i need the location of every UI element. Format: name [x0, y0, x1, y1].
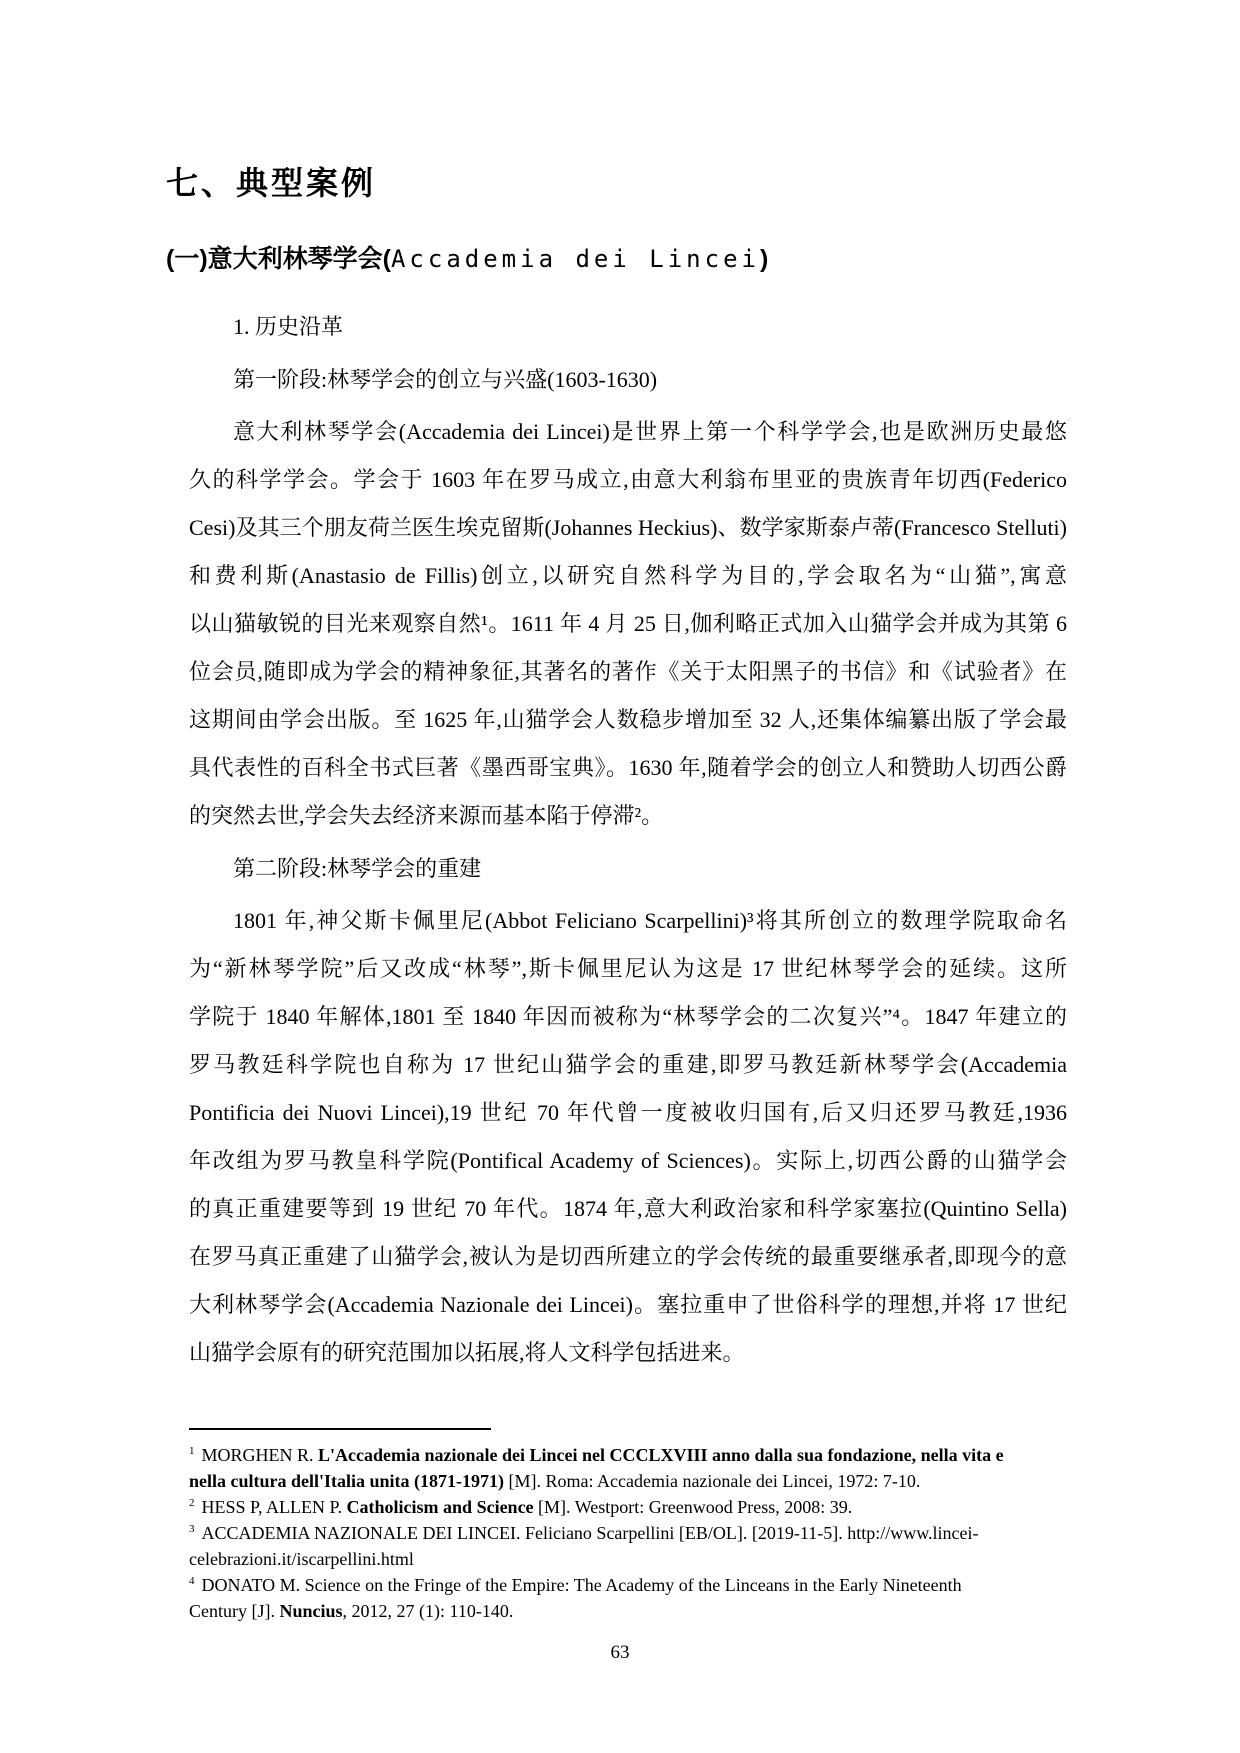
footnote-line: 2HESS P, ALLEN P. Catholicism and Scienc…: [189, 1494, 1067, 1520]
body-line: 1801 年,神父斯卡佩里尼(Abbot Feliciano Scarpelli…: [189, 897, 1067, 945]
footnote-separator: [189, 1428, 491, 1430]
footnote-text-bold: Nuncius: [279, 1601, 342, 1621]
body-line: 年改组为罗马教皇科学院(Pontifical Academy of Scienc…: [189, 1137, 1067, 1185]
body-line: 学院于 1840 年解体,1801 至 1840 年因而被称为“林琴学会的二次复…: [189, 993, 1067, 1041]
body-line: 久的科学学会。学会于 1603 年在罗马成立,由意大利翁布里亚的贵族青年切西(F…: [189, 456, 1067, 504]
footnote-text: Century [J].: [189, 1601, 279, 1621]
body-line: 罗马教廷科学院也自称为 17 世纪山猫学会的重建,即罗马教廷新林琴学会(Acca…: [189, 1041, 1067, 1089]
footnotes: 1MORGHEN R. L'Accademia nazionale dei Li…: [189, 1428, 1067, 1624]
footnote-text: celebrazioni.it/iscarpellini.html: [189, 1549, 414, 1569]
stage2-heading: 第二阶段:林琴学会的重建: [189, 845, 1067, 893]
footnote: 4DONATO M. Science on the Fringe of the …: [189, 1572, 1067, 1624]
body-text: 1. 历史沿革 第一阶段:林琴学会的创立与兴盛(1603-1630) 意大利林琴…: [189, 303, 1067, 1377]
document-page: 七、典型案例 (一)意大利林琴学会(Accademia dei Lincei) …: [0, 0, 1240, 1753]
footnote-marker: 3: [189, 1523, 195, 1535]
body-line: Cesi)及其三个朋友荷兰医生埃克留斯(Johannes Heckius)、数学…: [189, 504, 1067, 552]
body-line: 在罗马真正重建了山猫学会,被认为是切西所建立的学会传统的最重要继承者,即现今的意: [189, 1233, 1067, 1281]
footnote-text: [M]. Roma: Accademia nazionale dei Lince…: [504, 1471, 920, 1491]
body-line: 以山猫敏锐的目光来观察自然¹。1611 年 4 月 25 日,伽利略正式加入山猫…: [189, 600, 1067, 648]
body-line: 这期间由学会出版。至 1625 年,山猫学会人数稳步增加至 32 人,还集体编纂…: [189, 696, 1067, 744]
footnote-line: celebrazioni.it/iscarpellini.html: [189, 1546, 1067, 1572]
footnote-text: , 2012, 27 (1): 110-140.: [343, 1601, 514, 1621]
body-line: 为“新林琴学院”后又改成“林琴”,斯卡佩里尼认为这是 17 世纪林琴学会的延续。…: [189, 945, 1067, 993]
subsection-title-prefix: (一)意大利林琴学会(: [166, 245, 391, 273]
subsection-title-latin: Accademia dei Lincei: [391, 245, 760, 273]
body-line: 的突然去世,学会失去经济来源而基本陷于停滞²。: [189, 792, 1067, 840]
body-line: 位会员,随即成为学会的精神象征,其著名的著作《关于太阳黑子的书信》和《试验者》在: [189, 648, 1067, 696]
footnote-line: 1MORGHEN R. L'Accademia nazionale dei Li…: [189, 1442, 1067, 1468]
page-number: 63: [0, 1642, 1240, 1664]
footnote: 3ACCADEMIA NAZIONALE DEI LINCEI. Felicia…: [189, 1520, 1067, 1572]
footnote-text-bold: Catholicism and Science: [347, 1497, 534, 1517]
footnote-marker: 2: [189, 1497, 195, 1509]
footnote-marker: 4: [189, 1575, 195, 1587]
subsection-title: (一)意大利林琴学会(Accademia dei Lincei): [166, 239, 768, 275]
footnote-line: 4DONATO M. Science on the Fringe of the …: [189, 1572, 1067, 1598]
footnote-text-bold: nella cultura dell'Italia unita (1871-19…: [189, 1471, 504, 1491]
footnote-text: ACCADEMIA NAZIONALE DEI LINCEI. Felician…: [202, 1523, 979, 1543]
footnote-text: HESS P, ALLEN P.: [202, 1497, 347, 1517]
footnote-text: MORGHEN R.: [202, 1445, 319, 1465]
subsection-title-suffix: ): [760, 245, 768, 273]
footnote-text: DONATO M. Science on the Fringe of the E…: [202, 1575, 962, 1595]
section-label: 1. 历史沿革: [189, 303, 1067, 351]
body-line: 山猫学会原有的研究范围加以拓展,将人文科学包括进来。: [189, 1329, 1067, 1377]
page-title: 七、典型案例: [166, 158, 376, 204]
footnote-line: nella cultura dell'Italia unita (1871-19…: [189, 1468, 1067, 1494]
body-line: 意大利林琴学会(Accademia dei Lincei)是世界上第一个科学学会…: [189, 408, 1067, 456]
body-line: 和费利斯(Anastasio de Fillis)创立,以研究自然科学为目的,学…: [189, 552, 1067, 600]
body-line: 的真正重建要等到 19 世纪 70 年代。1874 年,意大利政治家和科学家塞拉…: [189, 1185, 1067, 1233]
stage1-heading: 第一阶段:林琴学会的创立与兴盛(1603-1630): [189, 356, 1067, 404]
footnote-line: 3ACCADEMIA NAZIONALE DEI LINCEI. Felicia…: [189, 1520, 1067, 1546]
footnote-text: [M]. Westport: Greenwood Press, 2008: 39…: [534, 1497, 853, 1517]
footnote-line: Century [J]. Nuncius, 2012, 27 (1): 110-…: [189, 1598, 1067, 1624]
body-line: Pontificia dei Nuovi Lincei),19 世纪 70 年代…: [189, 1089, 1067, 1137]
body-line: 大利林琴学会(Accademia Nazionale dei Lincei)。塞…: [189, 1281, 1067, 1329]
body-line: 具代表性的百科全书式巨著《墨西哥宝典》。1630 年,随着学会的创立人和赞助人切…: [189, 744, 1067, 792]
footnote-marker: 1: [189, 1445, 195, 1457]
footnote-text-bold: L'Accademia nazionale dei Lincei nel CCC…: [318, 1445, 1004, 1465]
footnote: 2HESS P, ALLEN P. Catholicism and Scienc…: [189, 1494, 1067, 1520]
footnote: 1MORGHEN R. L'Accademia nazionale dei Li…: [189, 1442, 1067, 1494]
